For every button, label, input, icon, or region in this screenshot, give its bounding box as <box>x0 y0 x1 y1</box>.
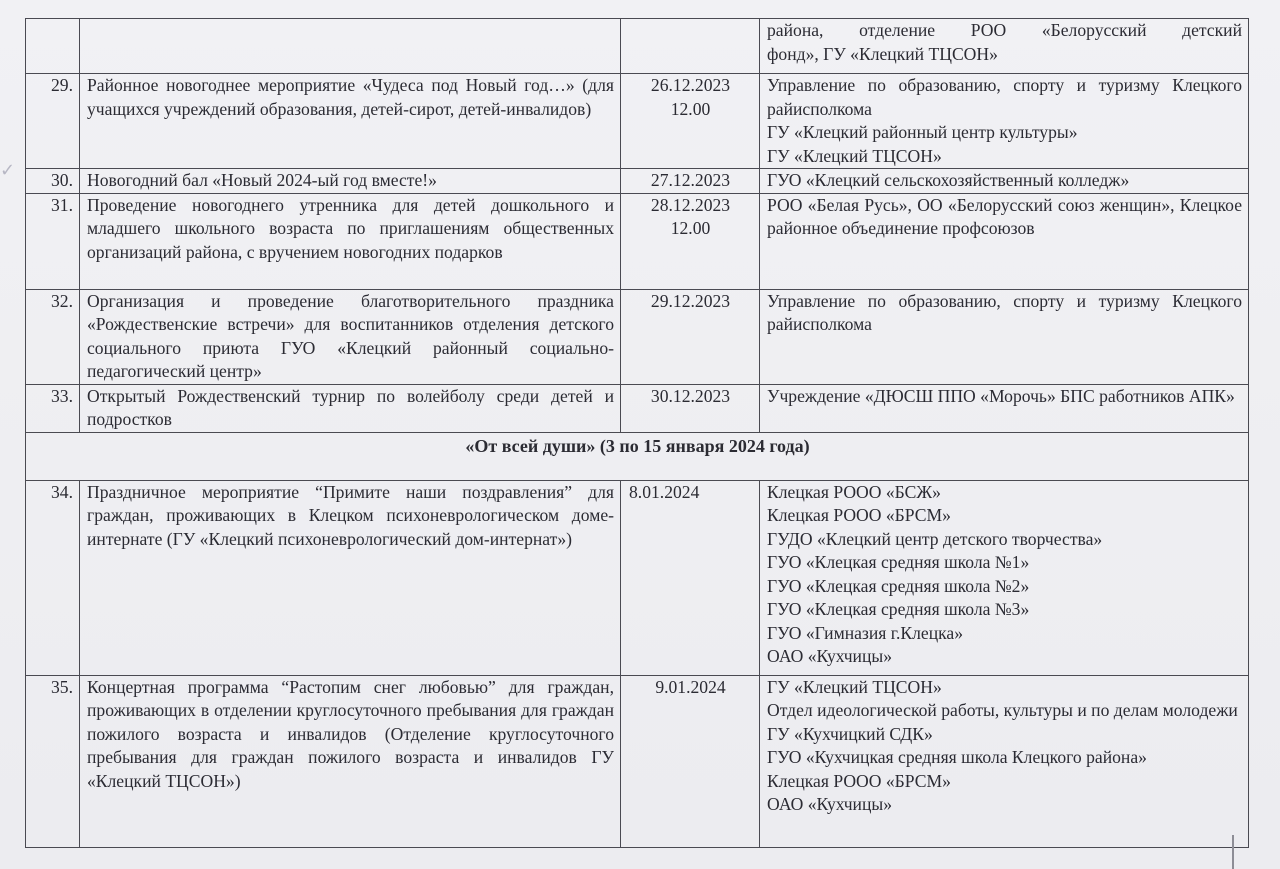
scan-artifact-line <box>1232 835 1234 869</box>
organizer-line: ГУО «Гимназия г.Клецка» <box>767 622 1242 646</box>
checkmark-icon: ✓ <box>0 160 14 182</box>
event-description: Праздничное мероприятие “Примите наши по… <box>80 480 621 675</box>
row-number: 31. <box>26 193 80 289</box>
event-description: Новогодний бал «Новый 2024-ый год вместе… <box>80 169 621 194</box>
row-number: 35. <box>26 675 80 847</box>
scanned-document-page: ✓ района, отделение РОО «Белорусский дет… <box>0 0 1280 869</box>
table-row: 35. Концертная программа “Растопим снег … <box>26 675 1249 847</box>
organizers: Учреждение «ДЮСШ ППО «Морочь» БПС работн… <box>760 384 1249 432</box>
organizer-line: ГУ «Кухчицкий СДК» <box>767 723 1242 747</box>
event-description: Организация и проведение благотворительн… <box>80 289 621 384</box>
event-description <box>80 19 621 74</box>
organizer-line: ОАО «Кухчицы» <box>767 645 1242 669</box>
row-number: 34. <box>26 480 80 675</box>
organizers: Клецкая РООО «БСЖ» Клецкая РООО «БРСМ» Г… <box>760 480 1249 675</box>
table-row: 34. Праздничное мероприятие “Примите наш… <box>26 480 1249 675</box>
date-value: 28.12.2023 <box>628 194 753 218</box>
organizer-line: ГУ «Клецкий районный центр культуры» <box>767 121 1242 145</box>
event-date <box>621 19 760 74</box>
event-description: Открытый Рождественский турнир по волейб… <box>80 384 621 432</box>
events-plan-table: района, отделение РОО «Белорусский детск… <box>25 18 1249 848</box>
table-row: 31. Проведение новогоднего утренника для… <box>26 193 1249 289</box>
row-number: 33. <box>26 384 80 432</box>
section-heading-row: «От всей души» (3 по 15 января 2024 года… <box>26 432 1249 480</box>
organizer-line: ГУО «Клецкий сельскохозяйственный коллед… <box>767 169 1242 193</box>
organizers: ГУ «Клецкий ТЦСОН» Отдел идеологической … <box>760 675 1249 847</box>
event-date: 27.12.2023 <box>621 169 760 194</box>
row-number: 32. <box>26 289 80 384</box>
table-row: 32. Организация и проведение благотворит… <box>26 289 1249 384</box>
time-value: 12.00 <box>628 217 753 241</box>
organizer-line: ОАО «Кухчицы» <box>767 793 1242 817</box>
organizer-line: ГУ «Клецкий ТЦСОН» <box>767 145 1242 169</box>
table-row: 30. Новогодний бал «Новый 2024-ый год вм… <box>26 169 1249 194</box>
event-date: 9.01.2024 <box>621 675 760 847</box>
event-description: Районное новогоднее мероприятие «Чудеса … <box>80 74 621 169</box>
organizer-line: Клецкая РООО «БСЖ» <box>767 481 1242 505</box>
organizer-line: района, отделение РОО «Белорусский детск… <box>767 19 1242 43</box>
organizer-line: Клецкая РООО «БРСМ» <box>767 770 1242 794</box>
section-heading: «От всей души» (3 по 15 января 2024 года… <box>26 432 1249 480</box>
organizer-line: ГУО «Клецкая средняя школа №3» <box>767 598 1242 622</box>
event-date: 30.12.2023 <box>621 384 760 432</box>
event-date: 26.12.2023 12.00 <box>621 74 760 169</box>
event-description: Концертная программа “Растопим снег любо… <box>80 675 621 847</box>
organizers: ГУО «Клецкий сельскохозяйственный коллед… <box>760 169 1249 194</box>
organizer-line: Отдел идеологической работы, культуры и … <box>767 699 1242 723</box>
event-date: 8.01.2024 <box>621 480 760 675</box>
organizers: Управление по образованию, спорту и тури… <box>760 74 1249 169</box>
row-number <box>26 19 80 74</box>
date-value: 26.12.2023 <box>628 74 753 98</box>
organizers: РОО «Белая Русь», ОО «Белорусский союз ж… <box>760 193 1249 289</box>
organizer-line: Клецкая РООО «БРСМ» <box>767 504 1242 528</box>
organizer-line: ГУО «Клецкая средняя школа №1» <box>767 551 1242 575</box>
time-value: 12.00 <box>628 98 753 122</box>
organizer-line: ГУО «Кухчицкая средняя школа Клецкого ра… <box>767 746 1242 770</box>
table-row: 33. Открытый Рождественский турнир по во… <box>26 384 1249 432</box>
organizer-line: ГУДО «Клецкий центр детского творчества» <box>767 528 1242 552</box>
organizer-line: фонд», ГУ «Клецкий ТЦСОН» <box>767 43 1242 67</box>
table-row: 29. Районное новогоднее мероприятие «Чуд… <box>26 74 1249 169</box>
event-date: 28.12.2023 12.00 <box>621 193 760 289</box>
table-row-continuation: района, отделение РОО «Белорусский детск… <box>26 19 1249 74</box>
organizer-line: ГУ «Клецкий ТЦСОН» <box>767 676 1242 700</box>
event-description: Проведение новогоднего утренника для дет… <box>80 193 621 289</box>
row-number: 30. <box>26 169 80 194</box>
organizers: района, отделение РОО «Белорусский детск… <box>760 19 1249 74</box>
organizers: Управление по образованию, спорту и тури… <box>760 289 1249 384</box>
row-number: 29. <box>26 74 80 169</box>
event-date: 29.12.2023 <box>621 289 760 384</box>
organizer-line: Управление по образованию, спорту и тури… <box>767 74 1242 121</box>
organizer-line: ГУО «Клецкая средняя школа №2» <box>767 575 1242 599</box>
